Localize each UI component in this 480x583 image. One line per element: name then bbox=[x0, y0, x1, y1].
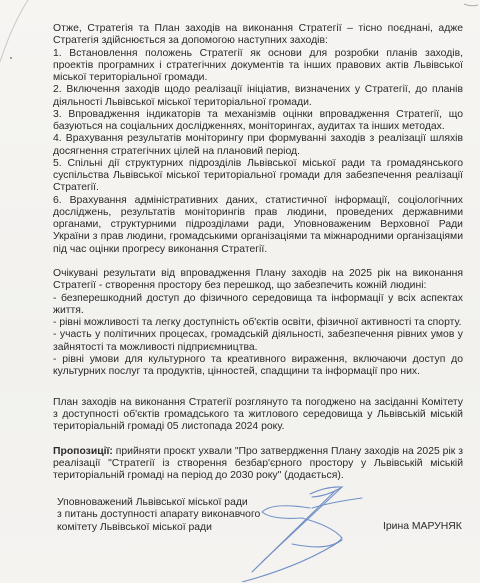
paragraph-gap bbox=[53, 378, 463, 390]
intro-paragraph: Отже, Стратегія та План заходів на викон… bbox=[53, 23, 463, 48]
corner-scan-mark bbox=[464, 2, 478, 8]
result-bullet-1: - безперешкодний доступ до фізичного сер… bbox=[53, 293, 463, 318]
proposal-label: Пропозиції: bbox=[53, 446, 113, 457]
measure-item-3: 3. Впровадження індикаторів та механізмі… bbox=[53, 109, 463, 134]
signatory-name: Ірина МАРУНЯК bbox=[383, 521, 462, 533]
proposal-paragraph: Пропозиції: прийняти проєкт ухвали "Про … bbox=[53, 446, 463, 483]
result-bullet-3: - участь у політичних процесах, громадсь… bbox=[53, 329, 463, 354]
committee-approval-paragraph: План заходів на виконання Стратегії розг… bbox=[53, 397, 463, 434]
document-body: Отже, Стратегія та План заходів на викон… bbox=[53, 23, 463, 482]
paragraph-gap bbox=[53, 256, 463, 268]
proposal-text: прийняти проєкт ухвали "Про затвердження… bbox=[53, 446, 463, 482]
paragraph-gap bbox=[53, 433, 463, 445]
expected-results-paragraph: Очікувані результати від впровадження Пл… bbox=[53, 268, 463, 293]
measure-item-6: 6. Врахування адміністративних даних, ст… bbox=[53, 195, 463, 256]
handwritten-signature bbox=[232, 482, 372, 582]
scanned-document-page: Отже, Стратегія та План заходів на викон… bbox=[0, 0, 480, 583]
scan-speck bbox=[10, 57, 12, 59]
measure-item-5: 5. Спільні дії структурних підрозділів Л… bbox=[53, 158, 463, 195]
paper-fold-mark bbox=[0, 0, 30, 70]
measure-item-2: 2. Включення заходів щодо реалізації іні… bbox=[53, 84, 463, 109]
result-bullet-4: - рівні умови для культурного та креатив… bbox=[53, 354, 463, 379]
measure-item-4: 4. Врахування результатів моніторингу пр… bbox=[53, 133, 463, 158]
measure-item-1: 1. Встановлення положень Стратегії як ос… bbox=[53, 48, 463, 85]
result-bullet-2: - рівні можливості та легку доступність … bbox=[53, 317, 463, 329]
